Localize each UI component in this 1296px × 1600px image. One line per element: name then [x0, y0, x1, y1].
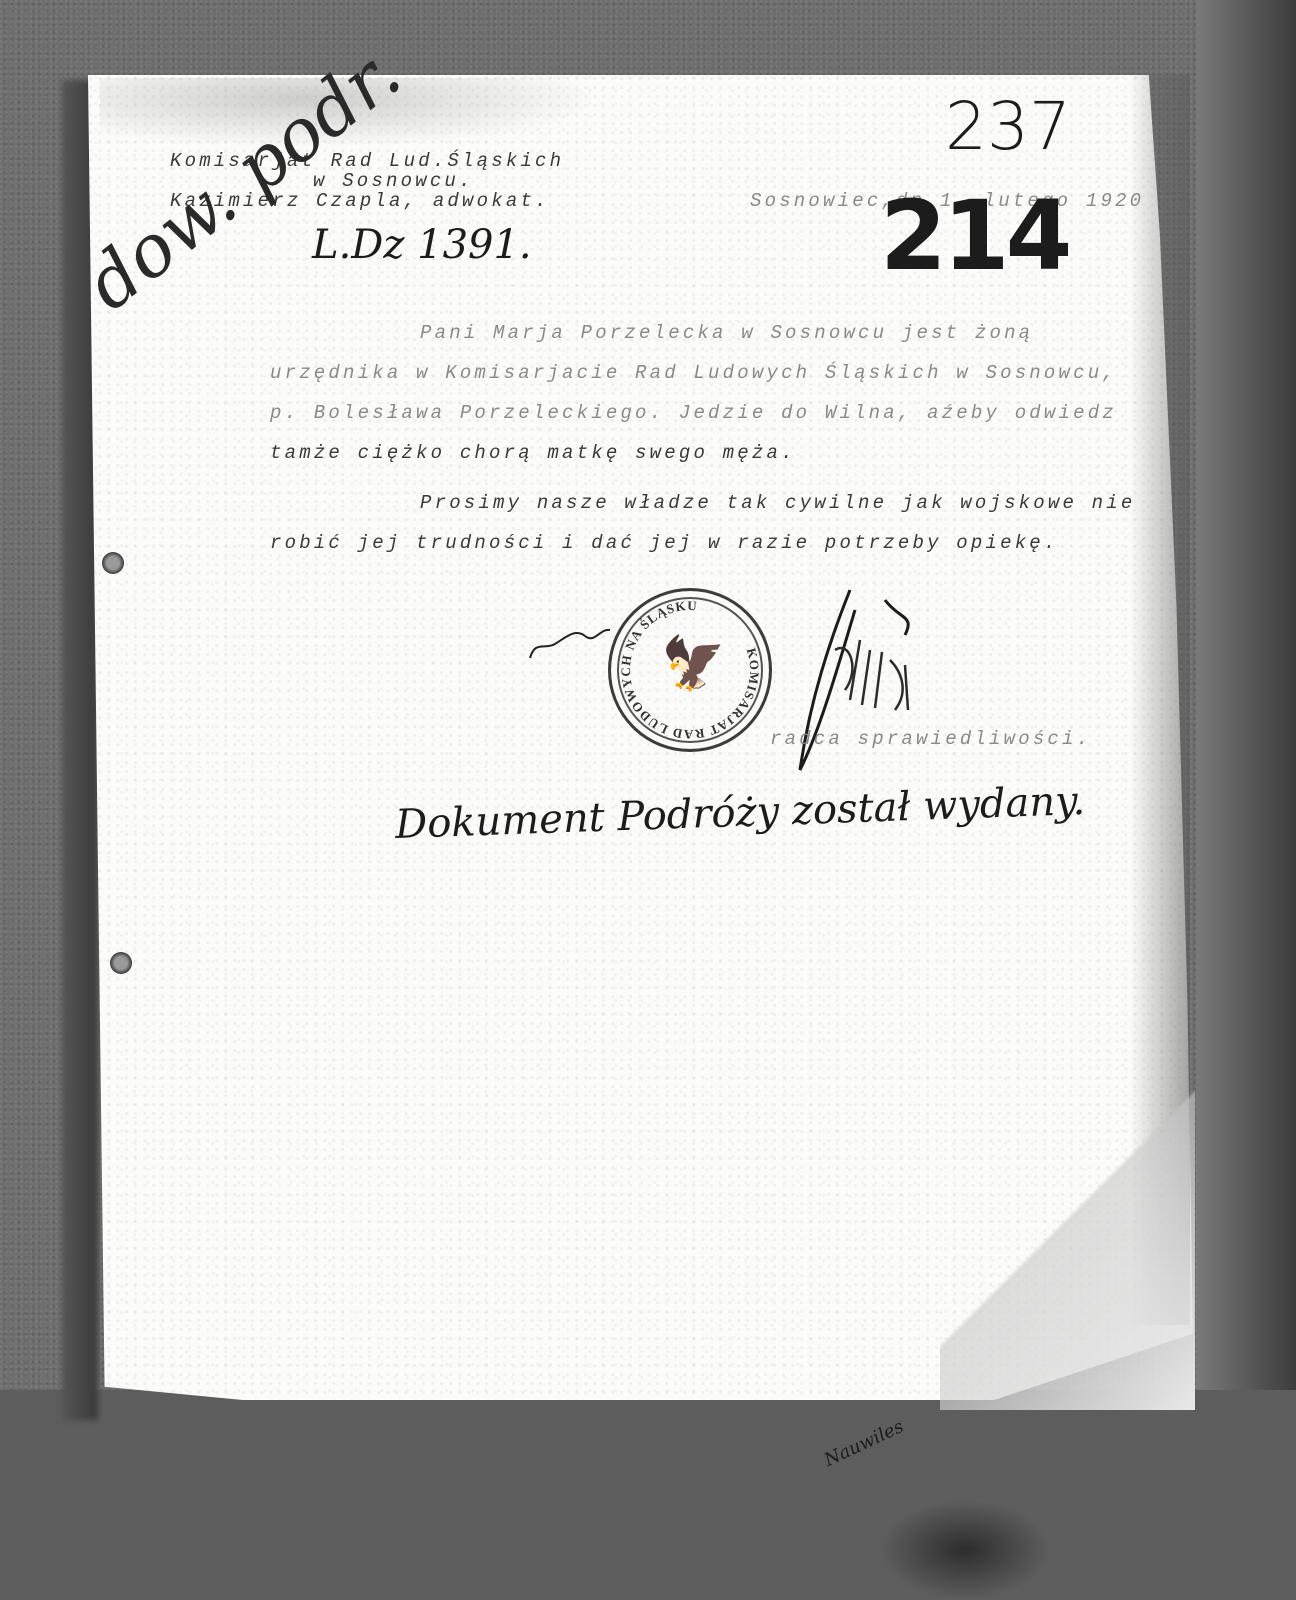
eagle-emblem-icon: 🦅: [661, 633, 719, 703]
body-p1-line2: urzędnika w Komisarjacie Rad Ludowych Śl…: [270, 362, 1117, 384]
ink-smudge: [880, 1500, 1050, 1600]
body-p2-line2: robić jej trudności i dać jej w razie po…: [270, 532, 1059, 554]
reference-number: L.Dz 1391.: [312, 222, 532, 268]
punch-hole-top: [102, 552, 124, 574]
body-p1-line4: tamże ciężko chorą matkę swego męża.: [270, 442, 796, 464]
body-p1-line1: Pani Marja Porzelecka w Sosnowcu jest żo…: [420, 322, 1033, 344]
official-stamp: KOMISARJAT RAD LUDOWYCH NA ŚLĄSKU 🦅: [608, 588, 772, 752]
signature: [790, 580, 990, 780]
body-p1-line3: p. Bolesława Porzeleckiego. Jedzie do Wi…: [270, 402, 1117, 424]
scan-backdrop-right: [1196, 0, 1296, 1600]
body-p2-line1: Prosimy nasze władze tak cywilne jak woj…: [420, 492, 1136, 514]
scan-backdrop-bottom: [0, 1390, 1296, 1600]
archive-number-bottom: 214: [880, 180, 1068, 292]
letterhead-line-2: w Sosnowcu.: [313, 170, 474, 192]
pen-scribble: [525, 620, 615, 665]
archive-number-top: 237: [945, 88, 1071, 165]
punch-hole-bottom: [110, 952, 132, 974]
folded-corner: [940, 1080, 1195, 1410]
signatory-title: radca sprawiedliwości.: [770, 728, 1091, 750]
